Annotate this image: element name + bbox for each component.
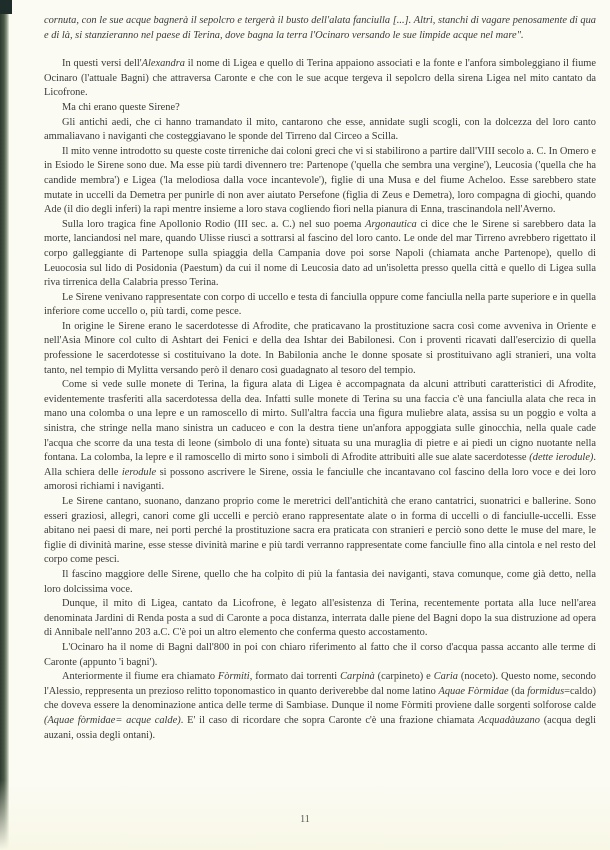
paragraph: Dunque, il mito di Ligea, cantato da Lic…: [44, 597, 596, 641]
italic-term: Acquadàuzano: [478, 715, 540, 726]
italic-term: Carpinà: [340, 671, 375, 682]
paragraph: Sulla loro tragica fine Apollonio Rodio …: [44, 218, 596, 291]
italic-term: (dette ierodule): [529, 452, 593, 463]
document-page: cornuta, con le sue acque bagnerà il sep…: [44, 14, 596, 743]
paragraph: Il fascino maggiore delle Sirene, quello…: [44, 568, 596, 597]
binding-corner: [0, 0, 12, 14]
paragraph: Anteriormente il fiume era chiamato Fòrm…: [44, 670, 596, 743]
italic-term: Fòrmiti: [218, 671, 250, 682]
italic-term: formidus: [527, 686, 564, 697]
paragraph: L'Ocinaro ha il nome di Bagni dall'800 i…: [44, 641, 596, 670]
paragraph: Il mito venne introdotto su queste coste…: [44, 145, 596, 218]
italic-term: ierodule: [122, 467, 156, 478]
paragraph: Ma chi erano queste Sirene?: [44, 101, 596, 116]
paragraph: Come si vede sulle monete di Terina, la …: [44, 378, 596, 495]
italic-term: Argonautica: [365, 219, 417, 230]
paragraph: In origine le Sirene erano le sacerdotes…: [44, 320, 596, 378]
page-number: 11: [0, 814, 610, 825]
paragraph: Le Sirene venivano rappresentate con cor…: [44, 291, 596, 320]
paragraph: In questi versi dell'Alexandra il nome d…: [44, 57, 596, 101]
quote-block: cornuta, con le sue acque bagnerà il sep…: [44, 14, 596, 43]
book-binding-edge: [0, 0, 9, 850]
italic-term: Caria: [434, 671, 458, 682]
italic-term: Aquae Fòrmidae: [439, 686, 509, 697]
paragraph: Gli antichi aedi, che ci hanno tramandat…: [44, 116, 596, 145]
paragraph: Le Sirene cantano, suonano, danzano prop…: [44, 495, 596, 568]
italic-term: (Aquae fòrmidae= acque calde): [44, 715, 181, 726]
italic-term: Alexandra: [142, 58, 185, 69]
body-text: In questi versi dell'Alexandra il nome d…: [44, 57, 596, 743]
